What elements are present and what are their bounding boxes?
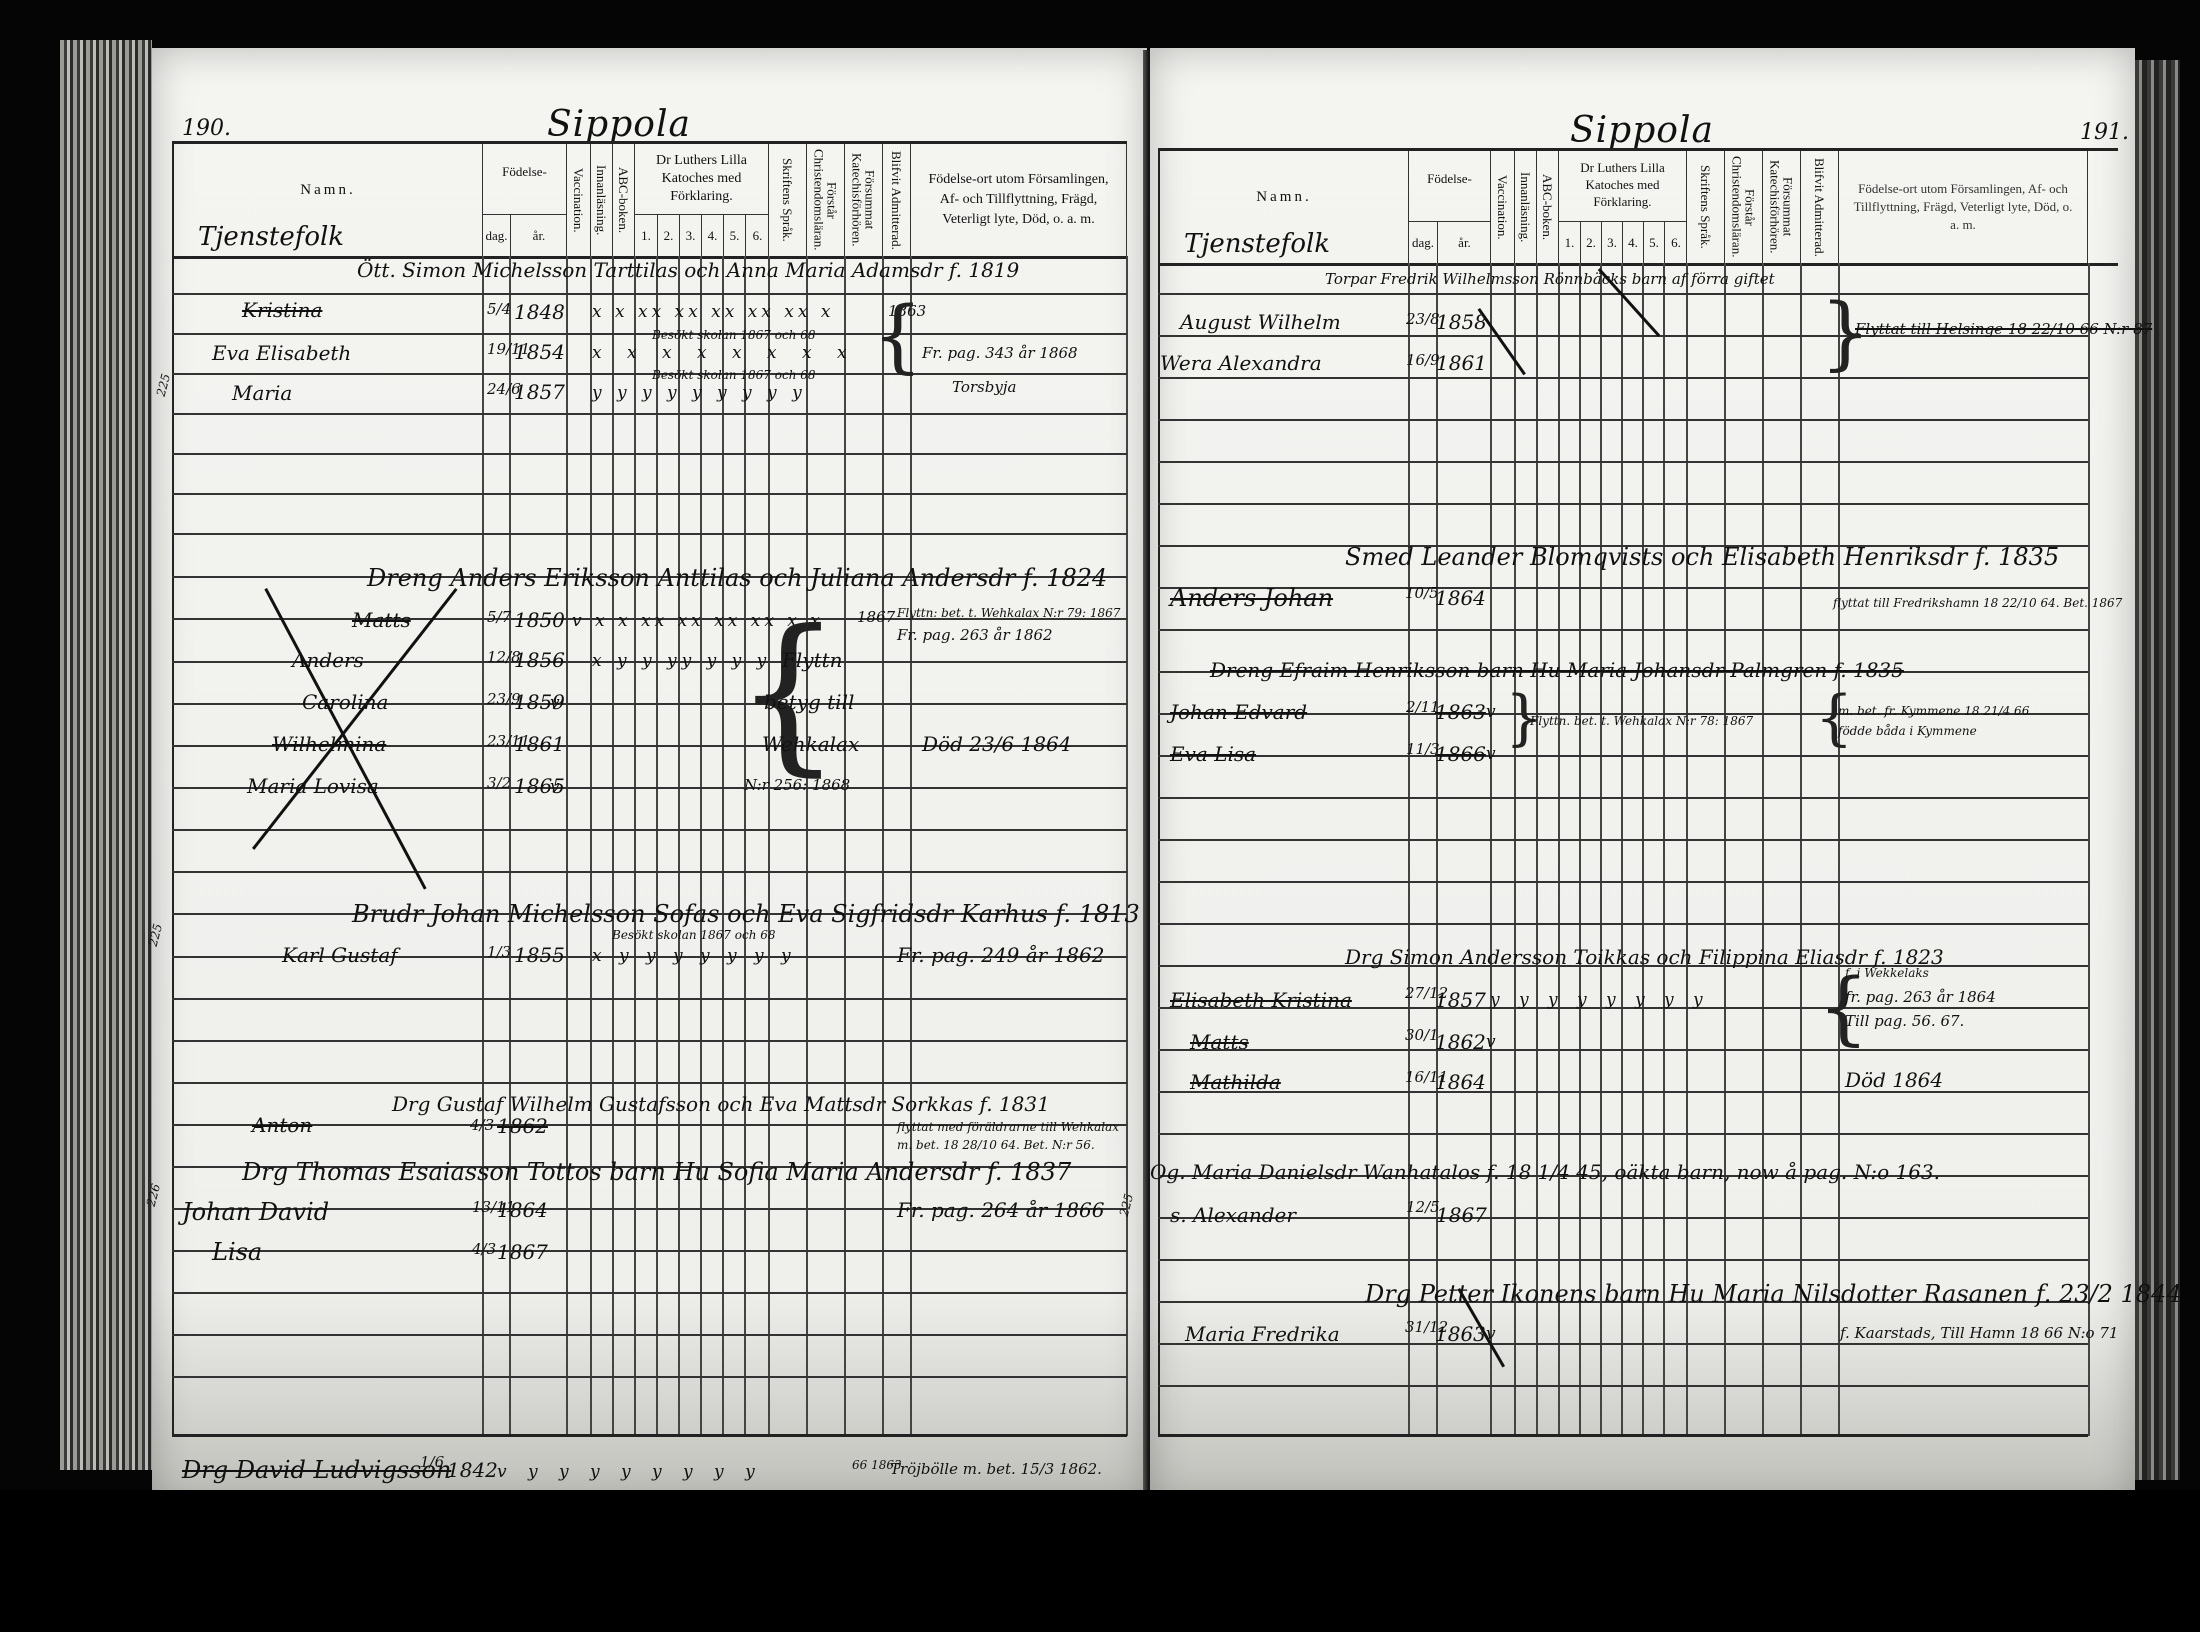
header-scripture: Skriftens Språk. [1687,151,1724,263]
birth-day: 4/3 [472,1240,496,1258]
header-reading: Innanläsning. [1515,151,1536,263]
birth-day: 3/2 [487,774,511,792]
header-christian-doctrine: Förstår Christendomsläran. [807,144,844,256]
column-header: Namn. Tjenstefolk Födelse- dag. år. Vacc… [1158,148,2118,266]
person-name: Johan David [182,1198,329,1226]
person-name: Eva Elisabeth [212,341,351,365]
page-number: 190. [182,116,231,141]
family-head: Brudr Johan Michelsson Sofas och Eva Sig… [352,900,1140,928]
note: flyttat till Fredrikshamn 18 22/10 64. B… [1833,596,2122,610]
note: Flyttat till Helsinge 18 22/10 66 N:r 87 [1855,320,2152,338]
birth-year: 1854 [514,340,565,364]
header-vaccination: Vaccination. [1491,151,1514,263]
person-name: Matts [352,608,411,632]
parish-title: Sippola [547,104,691,145]
person-name: Maria Lovisa [247,774,379,798]
birth-day: 30/1 [1405,1026,1439,1044]
header-scripture: Skriftens Språk. [769,144,806,256]
note: flyttat med föräldrarne till Wehkalax [897,1120,1119,1134]
header-catechism-4: 4. [1622,222,1643,264]
family-head: Torpar Fredrik Wilhelmsson Rönnbäcks bar… [1325,270,1775,288]
birth-year: 1867 [497,1240,548,1264]
book-edge-right [2135,60,2180,1480]
margin-reference: 225 [154,372,173,398]
header-catechism-label: Dr Luthers Lilla Katoches med Förklaring… [1559,151,1686,210]
person-name: Maria Fredrika [1185,1322,1340,1346]
birth-year: 1864 [497,1198,548,1222]
ruled-grid [172,256,1127,1436]
note: Till pag. 56. 67. [1845,1012,1964,1030]
birth-day: 4/3 [470,1116,494,1134]
birth-year: 1856 [514,648,565,672]
moved-note: Flyttn. bet. t. Wehkalax N:r 78: 1867 [1530,714,1753,728]
birth-year: 1857 [1435,988,1486,1012]
family-head: Og. Maria Danielsdr Wanhatalos f. 18 1/4… [1150,1160,1940,1184]
birth-year: 1848 [514,300,565,324]
birth-day: 23/8 [1406,310,1440,328]
family-head: Smed Leander Blomqvists och Elisabeth He… [1345,543,2059,571]
header-catechism-2: 2. [1580,222,1601,264]
bracket: { [872,296,923,376]
note: födde båda i Kymmene [1838,724,1977,738]
birth-year: 1857 [514,380,565,404]
admitted-year: 1867 [857,608,895,626]
person-name: Drg David Ludvigsson [182,1456,451,1484]
exam-marks: v [1486,1032,1506,1052]
birth-day: 5/4 [487,300,511,318]
note: Död 23/6 1864 [922,732,1071,756]
header-catechism-6: 6. [745,215,769,257]
exam-marks: y y y y y y y y y [592,383,807,403]
header-name: Namn. Tjenstefolk [172,144,482,256]
birth-day: 5/7 [487,608,511,626]
ruled-grid [1158,263,2088,1436]
category-label: Tjenstefolk [1184,229,1330,259]
left-page: 190. Sippola Namn. Tjenstefolk Födelse- … [152,48,1147,1508]
exam-marks: v [550,777,570,797]
book-edge-left [60,40,152,1470]
person-name: Eva Lisa [1170,742,1256,766]
person-name: Maria [232,381,292,405]
birth-year: 1864 [1435,1070,1486,1094]
note: Död 1864 [1845,1068,1943,1092]
bracket: { [1818,968,1869,1048]
right-page: 191. Sippola Namn. Tjenstefolk Födelse- … [1150,48,2135,1508]
exam-marks: x y y y y y y y [592,946,797,966]
exam-marks: v [550,693,570,713]
page-number: 191. [2080,120,2129,145]
header-name-label: Namn. [1160,189,1408,206]
column-header: Namn. Tjenstefolk Födelse- dag. år. Vacc… [172,141,1127,259]
header-catechism-5: 5. [723,215,745,257]
header-catechism-6: 6. [1664,222,1687,264]
header-missed-catechism: Försummat Katechisförhören. [845,144,882,256]
header-birth-year: år. [1437,222,1491,264]
header-catechism-3: 3. [1601,222,1622,264]
birth-year: 1863 [1435,700,1486,724]
exam-marks: v [1486,744,1506,764]
header-vaccination: Vaccination. [567,144,590,256]
header-catechism-5: 5. [1643,222,1664,264]
note: Flyttn: bet. t. Wehkalax N:r 79: 1867 [897,606,1120,620]
birth-year: 1842 [447,1458,498,1482]
person-name: Johan Edvard [1170,700,1307,724]
note: Fr. pag. 249 år 1862 [897,943,1104,967]
header-birth-year: år. [510,215,567,257]
header-abc-book: ABC-boken. [613,144,634,256]
person-name: Wera Alexandra [1160,351,1322,375]
birth-day: 16/9 [1406,351,1440,369]
note: m. bet. 18 28/10 64. Bet. N:r 56. [897,1138,1095,1152]
header-birth: Födelse- dag. år. [482,144,566,256]
note: f. Kaarstads, Till Hamn 18 66 N:o 71 [1840,1324,2118,1342]
header-catechism-3: 3. [679,215,701,257]
moved-note: N:r 256: 1868 [744,776,850,794]
scan-bottom-shadow [0,1490,2200,1632]
header-birth-day: dag. [483,215,510,257]
family-head: Drg Petter Ikonens barn Hu Maria Nilsdot… [1365,1280,2182,1308]
family-head: Drg Gustaf Wilhelm Gustafsson och Eva Ma… [392,1092,1050,1116]
note: Tröjbölle m. bet. 15/3 1862. [890,1460,1102,1478]
header-missed-catechism: Försummat Katechisförhören. [1763,151,1800,263]
note: fr. pag. 263 år 1864 [1845,988,1996,1006]
birth-year: 1862 [1435,1030,1486,1054]
header-christian-doctrine: Förstår Christendomsläran. [1725,151,1762,263]
person-name: Karl Gustaf [282,943,398,967]
exam-marks: x x x x x x x x [592,343,857,363]
moved-note: Flyttn [782,648,843,672]
note: m. bet. fr. Kymmene 18 21/4 66 [1838,704,2029,718]
header-birth-day: dag. [1409,222,1437,264]
moved-note: Wehkalax [762,732,859,756]
exam-marks: x x xx xx xx xx xx x [592,302,834,322]
parish-title: Sippola [1570,110,1714,151]
family-head: Dreng Efraim Henriksson barn Hu Maria Jo… [1210,658,1904,682]
birth-year: 1862 [497,1114,548,1138]
person-name: Matts [1190,1030,1249,1054]
school-note: Besökt skolan 1867 och 68 [612,928,776,942]
header-name: Namn. Tjenstefolk [1158,151,1408,263]
birth-day: 1/6 [420,1453,444,1471]
header-catechism-2: 2. [657,215,679,257]
header-catechism: Dr Luthers Lilla Katoches med Förklaring… [1558,151,1686,263]
school-note: Besökt skolan 1867 och 68 [652,328,816,342]
note: Torsbyja [952,378,1016,396]
header-abc-book: ABC-boken. [1537,151,1558,263]
family-head: Drg Thomas Esaiasson Tottos barn Hu Sofi… [242,1158,1071,1186]
header-admitted: Blifvit Admitterad. [883,144,910,256]
note: Fr. pag. 343 år 1868 [922,344,1078,362]
note: f. i Wekkelaks [1845,966,1929,980]
header-birth-label: Födelse- [483,144,566,180]
header-birth: Födelse- dag. år. [1408,151,1490,263]
school-note: Besökt skolan 1867 och 68 [652,368,816,382]
header-birth-label: Födelse- [1409,151,1490,187]
person-name: Elisabeth Kristina [1170,988,1352,1012]
birth-year: 1864 [1435,586,1486,610]
family-head: Dreng Anders Eriksson Anttilas och Julia… [367,564,1107,592]
birth-year: 1855 [514,943,565,967]
birth-year: 1861 [1436,351,1487,375]
header-notes: Födelse-ort utom Församlingen, Af- och T… [1839,151,2087,263]
person-name: Lisa [212,1238,262,1266]
note: Fr. pag. 264 år 1866 [897,1198,1104,1222]
bracket: { [1815,688,1853,748]
header-name-label: Namn. [174,182,482,199]
header-notes: Födelse-ort utom Församlingen, Af- och T… [911,144,1126,256]
person-name: Mathilda [1190,1070,1281,1094]
birth-year: 1850 [514,608,565,632]
header-catechism: Dr Luthers Lilla Katoches med Förklaring… [634,144,768,256]
category-label: Tjenstefolk [198,222,344,252]
birth-day: 10/5 [1405,584,1439,602]
person-name: Anders Johan [1170,584,1333,612]
header-catechism-1: 1. [1559,222,1580,264]
person-name: s. Alexander [1170,1203,1296,1227]
birth-day: 12/5 [1406,1198,1440,1216]
header-admitted: Blifvit Admitterad. [1801,151,1838,263]
note: Fr. pag. 263 år 1862 [897,626,1053,644]
exam-marks: y y y y y y y y [1490,990,1710,1010]
header-reading: Innanläsning. [591,144,612,256]
header-catechism-4: 4. [701,215,723,257]
birth-year: 1861 [514,732,565,756]
exam-marks: v [1486,702,1506,722]
header-catechism-1: 1. [635,215,657,257]
exam-marks: v y y y y y y y y [497,1462,763,1482]
person-name: August Wilhelm [1180,310,1341,334]
birth-day: 1/3 [487,943,511,961]
family-head: Ött. Simon Michelsson Tarttilas och Anna… [357,258,1019,282]
moved-note: betyg till [764,690,854,714]
person-name: Kristina [242,298,322,322]
header-catechism-label: Dr Luthers Lilla Katoches med Förklaring… [635,144,768,206]
person-name: Anton [252,1113,312,1137]
birth-year: 1867 [1436,1203,1487,1227]
birth-year: 1866 [1435,742,1486,766]
